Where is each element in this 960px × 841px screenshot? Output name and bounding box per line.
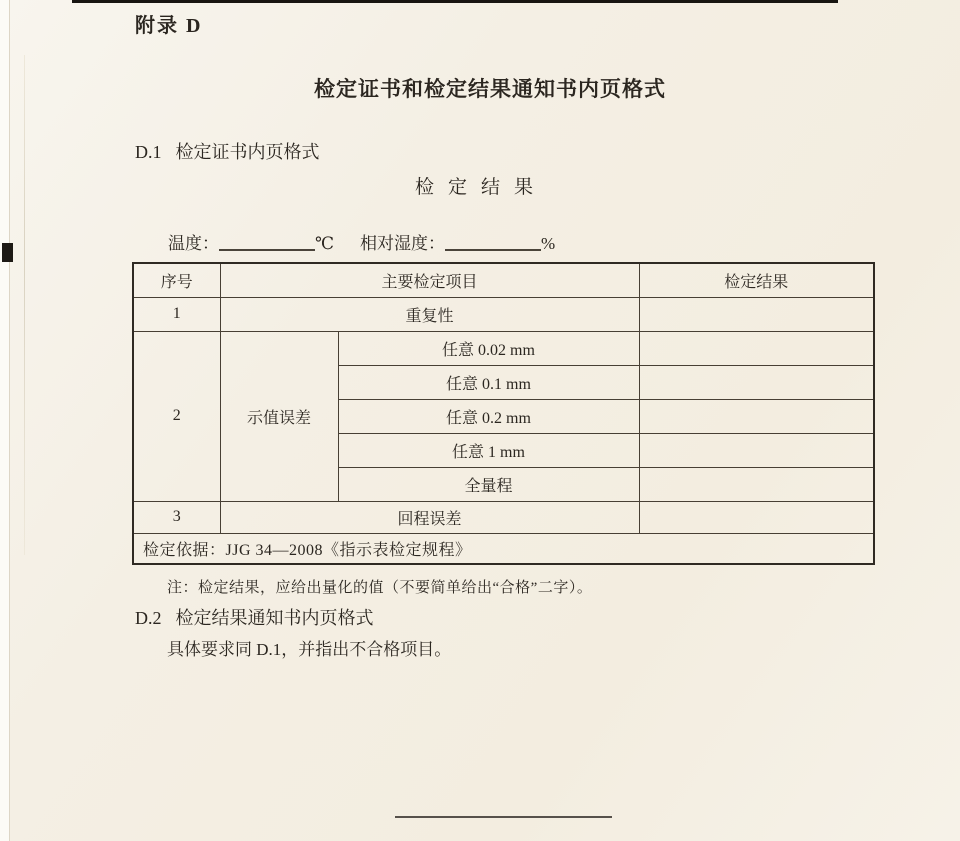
table-basis-row: 检定依据：JJG 34—2008《指示表检定规程》 xyxy=(133,533,874,564)
verification-basis: 检定依据：JJG 34—2008《指示表检定规程》 xyxy=(133,533,874,564)
verification-results-table: 序号 主要检定项目 检定结果 1 重复性 2 示值误差 任意 0.02 mm 任… xyxy=(132,262,875,565)
appendix-label: 附录 D xyxy=(135,9,202,38)
section-d2-heading: D.2检定结果通知书内页格式 xyxy=(135,604,374,630)
row2-subitem-0: 任意 0.02 mm xyxy=(338,331,639,365)
row1-item: 重复性 xyxy=(220,297,639,331)
header-item: 主要检定项目 xyxy=(220,263,639,297)
temperature-label: 温度： xyxy=(168,234,219,253)
section-d1-number: D.1 xyxy=(135,142,162,162)
humidity-unit: % xyxy=(541,234,555,253)
page-bottom-rule xyxy=(395,816,612,818)
header-no: 序号 xyxy=(133,263,220,297)
row3-item: 回程误差 xyxy=(220,501,639,533)
humidity-label: 相对湿度： xyxy=(360,234,445,253)
temperature-unit: ℃ xyxy=(315,234,334,253)
section-d1-title: 检定证书内页格式 xyxy=(176,142,320,162)
row1-result-cell xyxy=(639,297,874,331)
results-heading: 检定结果 xyxy=(101,172,861,199)
table-row-indication-error-1: 2 示值误差 任意 0.02 mm xyxy=(133,331,874,365)
row2-result-cell-1 xyxy=(639,365,874,399)
row2-no: 2 xyxy=(133,331,220,501)
scan-artifact-crease xyxy=(24,55,25,555)
row3-no: 3 xyxy=(133,501,220,533)
page-title: 检定证书和检定结果通知书内页格式 xyxy=(110,73,870,103)
scan-artifact-page-edge xyxy=(0,0,10,841)
row3-result-cell xyxy=(639,501,874,533)
environment-line: 温度：℃相对湿度：% xyxy=(168,229,555,254)
row1-no: 1 xyxy=(133,297,220,331)
humidity-blank-field xyxy=(445,236,541,251)
row2-subitem-1: 任意 0.1 mm xyxy=(338,365,639,399)
row2-group: 示值误差 xyxy=(220,331,338,501)
row2-subitem-4: 全量程 xyxy=(338,467,639,501)
scan-artifact-binder-mark xyxy=(2,243,13,262)
section-d2-title: 检定结果通知书内页格式 xyxy=(176,608,374,628)
section-d2-number: D.2 xyxy=(135,608,162,628)
table-row-repeatability: 1 重复性 xyxy=(133,297,874,331)
table-row-hysteresis: 3 回程误差 xyxy=(133,501,874,533)
row2-result-cell-0 xyxy=(639,331,874,365)
row2-result-cell-2 xyxy=(639,399,874,433)
section-d2-body: 具体要求同 D.1，并指出不合格项目。 xyxy=(167,635,451,660)
row2-subitem-2: 任意 0.2 mm xyxy=(338,399,639,433)
temperature-blank-field xyxy=(219,236,315,251)
row2-result-cell-3 xyxy=(639,433,874,467)
row2-result-cell-4 xyxy=(639,467,874,501)
scan-artifact-top-edge xyxy=(72,0,838,3)
section-d1-heading: D.1检定证书内页格式 xyxy=(135,138,320,164)
table-note: 注：检定结果，应给出量化的值（不要简单给出“合格”二字）。 xyxy=(167,576,592,597)
header-result: 检定结果 xyxy=(639,263,874,297)
table-header-row: 序号 主要检定项目 检定结果 xyxy=(133,263,874,297)
row2-subitem-3: 任意 1 mm xyxy=(338,433,639,467)
